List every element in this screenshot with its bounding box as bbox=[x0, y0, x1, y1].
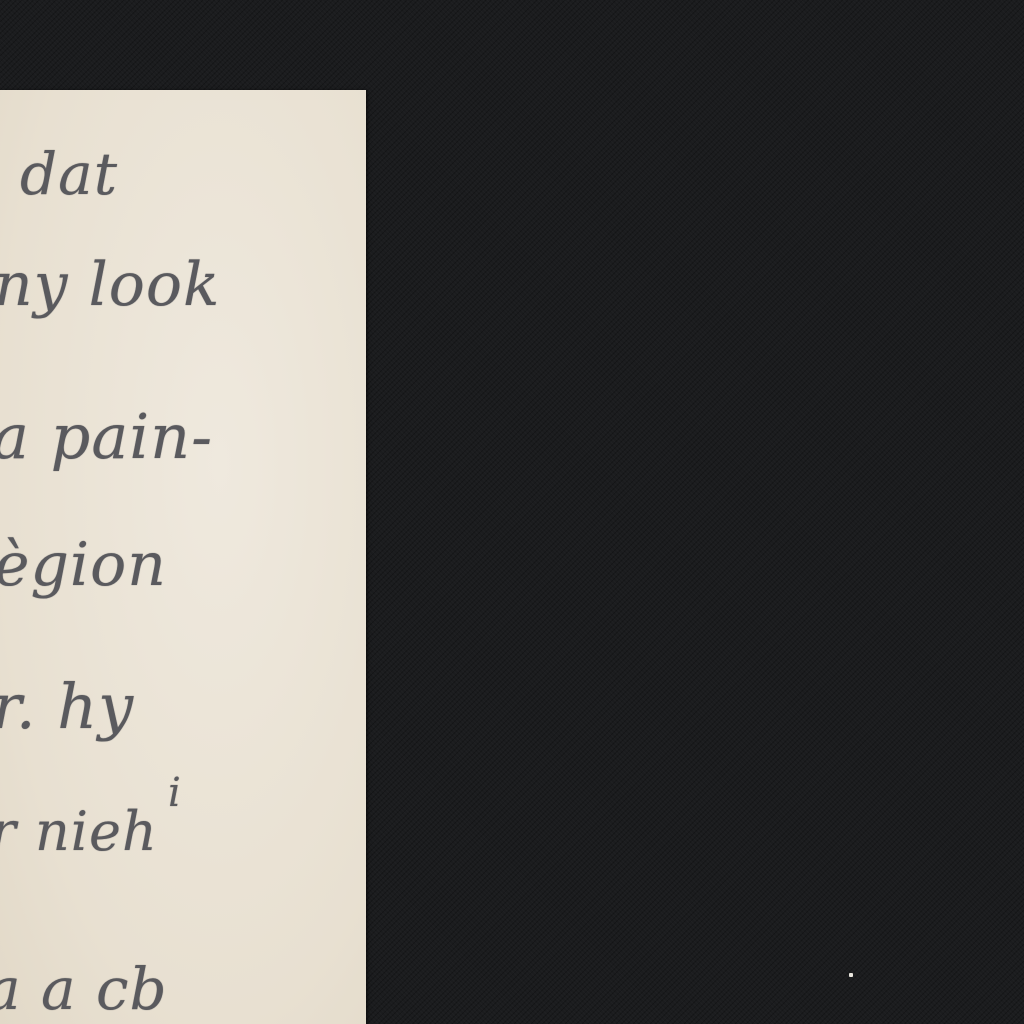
handwritten-line: i bbox=[168, 770, 182, 816]
handwritten-line: ny look bbox=[0, 250, 220, 320]
handwritten-line: dat bbox=[20, 140, 118, 208]
handwritten-line: r nieh bbox=[0, 800, 158, 863]
handwritten-line: a pain- bbox=[0, 400, 213, 473]
handwritten-line: r. hy bbox=[0, 670, 134, 743]
handwritten-line: a a cb bbox=[0, 955, 168, 1023]
handwritten-line: ègion bbox=[0, 530, 167, 600]
dust-speck bbox=[849, 973, 853, 977]
